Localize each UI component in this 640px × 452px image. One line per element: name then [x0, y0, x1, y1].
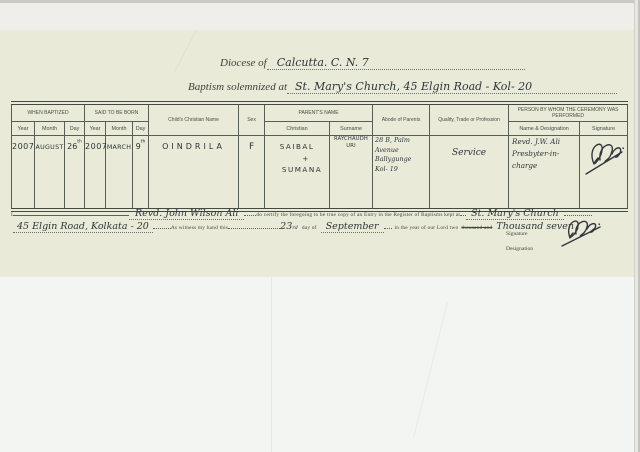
- dot-fill: [153, 220, 171, 229]
- header-group-row: WHEN BAPTIZED SAID TO BE BORN Child's Ch…: [12, 103, 628, 122]
- cell-signature: [580, 136, 628, 211]
- minister-designation: Presbyter-in-charge: [509, 148, 579, 172]
- minister-name: Revd. J.W. Ali: [509, 136, 579, 148]
- church-name-handwritten: St. Mary's Church: [466, 208, 564, 220]
- father-name: SAIBAL: [280, 142, 315, 151]
- cell-born-month: MARCH: [106, 136, 133, 211]
- month-handwritten: September: [321, 221, 384, 233]
- certify-printed-text: do certify the foregoing to be true copy…: [256, 212, 460, 218]
- mother-name: SUMANA: [275, 165, 329, 176]
- cell-baptized-month: AUGUST: [35, 136, 65, 211]
- surname-line1: RAYCHAUDH: [330, 136, 372, 143]
- scanned-baptism-certificate: Diocese of Calcutta. C. N. 7 Baptism sol…: [0, 0, 640, 452]
- blank-rule: [13, 207, 129, 216]
- day-of-printed: day of: [298, 225, 321, 231]
- diocese-handwritten-value: Calcutta. C. N. 7: [277, 56, 369, 69]
- certify-line-2: 45 Elgin Road, Kolkata - 20 As witness m…: [13, 220, 631, 233]
- col-group-when-baptized: WHEN BAPTIZED: [12, 103, 85, 122]
- cell-baptized-year: 2007: [12, 136, 35, 211]
- sub-col-signature: Signature: [580, 122, 628, 136]
- diocese-value-line: Calcutta. C. N. 7: [267, 56, 525, 70]
- bottom-signature-scribble-icon: [556, 214, 622, 248]
- paper-lower-blank-area: [0, 277, 635, 452]
- col-group-parents-name: PARENT'S NAME: [265, 103, 373, 122]
- paper-crease-vertical: [271, 277, 272, 452]
- dot-fill: [244, 207, 256, 216]
- sub-col-day-born: Day: [133, 122, 149, 136]
- record-row: 2007 AUGUST 26th 2007 MARCH 9th OINDRILA…: [12, 136, 628, 211]
- cell-born-day: 9th: [133, 136, 149, 211]
- abode-line1: 28 B, Palm Avenue: [373, 136, 429, 155]
- abode-line2: Ballygunge: [373, 155, 429, 165]
- col-group-person-performed: PERSON BY WHOM THE CEREMONY WAS PERFORME…: [509, 103, 628, 122]
- surname-line2: URI: [330, 143, 372, 150]
- col-abode: Abode of Parents: [373, 103, 430, 136]
- cell-child-name: OINDRILA: [149, 136, 239, 211]
- officiant-name-handwritten: Revd. John Wilson Ali: [129, 208, 244, 220]
- church-handwritten-value: St. Mary's Church, 45 Elgin Road - Kol- …: [295, 80, 532, 93]
- col-quality: Quality, Trade or Profession: [430, 103, 509, 136]
- cell-surname: RAYCHAUDH URI: [330, 136, 373, 211]
- col-group-said-to-be-born: SAID TO BE BORN: [85, 103, 149, 122]
- sub-col-month-born: Month: [106, 122, 133, 136]
- struck-words: thousand and: [461, 225, 492, 231]
- signature-label: Signature: [506, 231, 527, 237]
- sub-col-month-baptized: Month: [35, 122, 65, 136]
- dot-fill: [228, 220, 280, 229]
- diocese-label: Diocese of: [220, 57, 267, 69]
- scanner-top-strip: [0, 0, 640, 30]
- header-sub-row: Year Month Day Year Month Day Christian …: [12, 122, 628, 136]
- cell-abode: 28 B, Palm Avenue Ballygunge Kol- 19: [373, 136, 430, 211]
- cell-sex: F: [239, 136, 265, 211]
- certify-line-1: I Revd. John Wilson Ali do certify the f…: [11, 207, 629, 220]
- church-address-handwritten: 45 Elgin Road, Kolkata - 20: [13, 221, 153, 233]
- year-printed-text: in the year of our Lord two: [392, 225, 462, 231]
- sub-col-name-designation: Name & Designation: [509, 122, 580, 136]
- sub-col-surname: Surname: [330, 122, 373, 136]
- witness-printed-text: As witness my hand this: [171, 225, 228, 231]
- scanner-right-margin: [635, 0, 640, 452]
- sub-col-year-born: Year: [85, 122, 106, 136]
- solemnized-line: Baptism solemnized at St. Mary's Church,…: [188, 80, 617, 94]
- sub-col-day-baptized: Day: [65, 122, 85, 136]
- dot-fill: [384, 220, 392, 229]
- sub-col-christian: Christian: [265, 122, 330, 136]
- diocese-line: Diocese of Calcutta. C. N. 7: [220, 56, 525, 70]
- day-handwritten: 23: [280, 221, 292, 232]
- col-child-name: Child's Christian Name: [149, 103, 239, 136]
- abode-line3: Kol- 19: [373, 165, 429, 175]
- plus-sign: +: [283, 154, 329, 165]
- cell-profession: Service: [430, 136, 509, 211]
- sub-col-year-baptized: Year: [12, 122, 35, 136]
- cell-parents-christian-names: SAIBAL + SUMANA: [265, 136, 330, 211]
- solemnized-value-line: St. Mary's Church, 45 Elgin Road - Kol- …: [287, 80, 617, 94]
- designation-label: Designation: [506, 246, 533, 252]
- baptism-register-table: WHEN BAPTIZED SAID TO BE BORN Child's Ch…: [11, 101, 628, 212]
- cell-born-year: 2007: [85, 136, 106, 211]
- cell-baptized-day: 26th: [65, 136, 85, 211]
- solemnized-label: Baptism solemnized at: [188, 81, 287, 93]
- cell-minister-name-designation: Revd. J.W. Ali Presbyter-in-charge: [509, 136, 580, 211]
- minister-signature-scribble-icon: [582, 136, 626, 178]
- col-sex: Sex: [239, 103, 265, 136]
